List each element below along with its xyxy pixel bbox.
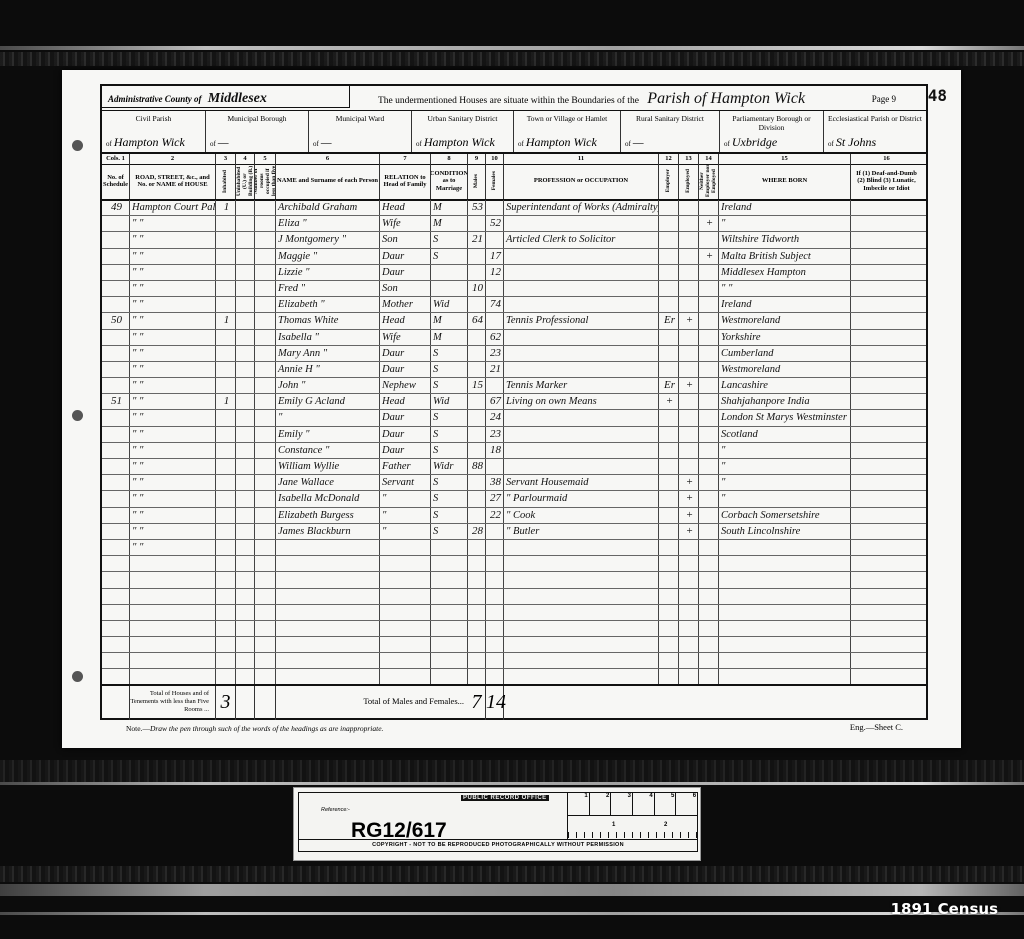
cell-address: [130, 669, 216, 684]
cell-rooms: [255, 508, 276, 523]
table-row: " "Mary Ann "DaurS23Cumberland: [102, 346, 926, 362]
administrative-county-label: Administrative County of: [108, 94, 202, 104]
cell-where-born: Yorkshire: [719, 330, 851, 345]
header-uninhabited: Uninhabited (U.) or Building (B.): [236, 163, 255, 199]
cell-female-age: [486, 540, 504, 555]
cell-rooms: [255, 589, 276, 604]
cell-inhabited: [216, 621, 236, 636]
cell-employer: [659, 556, 679, 571]
cell-where-born: South Lincolnshire: [719, 524, 851, 539]
cell-where-born: Scotland: [719, 427, 851, 442]
scale-mark: 1: [568, 793, 590, 815]
header-females: Females: [486, 163, 504, 199]
cell-address: " ": [130, 394, 216, 409]
cell-infirmity: [851, 589, 922, 604]
cell-inhabited: [216, 265, 236, 280]
cell-infirmity: [851, 410, 922, 425]
reference-card-frame: PUBLIC RECORD OFFICE Reference:- RG12/61…: [298, 792, 698, 852]
cell-employed: [679, 232, 699, 247]
cell-employed: [679, 297, 699, 312]
census-sheet: 48 Administrative County of Middlesex Th…: [62, 70, 961, 748]
cell-uninhabited: [236, 443, 255, 458]
cell-relation: [380, 556, 431, 571]
cell-relation: [380, 653, 431, 668]
cell-name: John ": [276, 378, 380, 393]
census-caption: 1891 Census: [891, 900, 998, 918]
cell-male-age: 64: [468, 313, 486, 328]
cell-schedule: [102, 524, 130, 539]
punch-hole: [72, 140, 83, 151]
cell-employed: [679, 605, 699, 620]
cell-male-age: [468, 621, 486, 636]
cell-occupation: [504, 330, 659, 345]
cell-name: Thomas White: [276, 313, 380, 328]
district-value: Uxbridge: [732, 135, 777, 149]
houses-total-label: Total of Houses and of Tenements with le…: [130, 686, 216, 720]
cell-female-age: [486, 605, 504, 620]
cell-address: " ": [130, 540, 216, 555]
cell-uninhabited: [236, 589, 255, 604]
totals-spacer: [504, 686, 922, 720]
cell-rooms: [255, 572, 276, 587]
cell-infirmity: [851, 200, 922, 215]
cell-female-age: [486, 281, 504, 296]
cell-rooms: [255, 313, 276, 328]
header-females-label: Females: [491, 171, 497, 190]
cell-condition: [431, 265, 468, 280]
header-rooms-label: Number of rooms occupied if less than fi…: [255, 164, 276, 198]
cell-male-age: [468, 556, 486, 571]
cell-neither: [699, 410, 719, 425]
table-row: " "William WyllieFatherWidr88": [102, 459, 926, 475]
cell-schedule: [102, 362, 130, 377]
district-label: Civil Parish: [136, 114, 172, 123]
cell-uninhabited: [236, 265, 255, 280]
header-rooms: Number of rooms occupied if less than fi…: [255, 163, 276, 199]
cell-rooms: [255, 378, 276, 393]
table-row: [102, 589, 926, 605]
form-note: Note.—Draw the pen through such of the w…: [126, 724, 383, 733]
cell-name: [276, 589, 380, 604]
cell-uninhabited: [236, 346, 255, 361]
cell-relation: Wife: [380, 216, 431, 231]
cell-where-born: [719, 669, 851, 684]
film-streak-top: [0, 46, 1024, 50]
table-row: " "Isabella McDonald"S27" Parlourmaid+": [102, 491, 926, 507]
cell-employed: +: [679, 491, 699, 506]
cell-schedule: 51: [102, 394, 130, 409]
district-value: Hampton Wick: [424, 135, 495, 149]
cell-address: " ": [130, 427, 216, 442]
cell-where-born: ": [719, 459, 851, 474]
cell-neither: [699, 281, 719, 296]
punch-hole: [72, 671, 83, 682]
district-label: Municipal Ward: [336, 114, 385, 123]
cell-male-age: [468, 330, 486, 345]
cell-uninhabited: [236, 621, 255, 636]
cell-infirmity: [851, 281, 922, 296]
column-headers: No. of Schedule ROAD, STREET, &c., and N…: [102, 163, 926, 201]
cell-employed: [679, 556, 699, 571]
cell-schedule: [102, 669, 130, 684]
cell-infirmity: [851, 669, 922, 684]
cell-schedule: [102, 232, 130, 247]
scale-mark: 4: [633, 793, 655, 815]
cell-condition: [431, 589, 468, 604]
cell-uninhabited: [236, 313, 255, 328]
cell-where-born: Malta British Subject: [719, 249, 851, 264]
district-row: Civil ParishofHampton Wick Municipal Bor…: [102, 110, 926, 153]
cell-male-age: [468, 653, 486, 668]
cell-schedule: [102, 443, 130, 458]
cell-relation: Daur: [380, 346, 431, 361]
cell-infirmity: [851, 653, 922, 668]
cell-uninhabited: [236, 508, 255, 523]
cell-employer: [659, 346, 679, 361]
header-employed-label: Employed: [685, 169, 691, 193]
administrative-county-value: Middlesex: [208, 91, 267, 106]
table-row: " "John "NephewS15Tennis MarkerEr+Lancas…: [102, 378, 926, 394]
table-row: " "Lizzie "Daur12Middlesex Hampton: [102, 265, 926, 281]
cell-infirmity: [851, 378, 922, 393]
cell-infirmity: [851, 637, 922, 652]
of-prefix: of: [724, 140, 730, 148]
cell-condition: S: [431, 378, 468, 393]
cell-employer: Er: [659, 378, 679, 393]
cell-rooms: [255, 637, 276, 652]
cell-male-age: [468, 508, 486, 523]
cell-uninhabited: [236, 637, 255, 652]
cell-address: [130, 621, 216, 636]
cell-condition: M: [431, 330, 468, 345]
cell-schedule: [102, 249, 130, 264]
cell-occupation: [504, 265, 659, 280]
cell-name: James Blackburn: [276, 524, 380, 539]
public-record-office-label: PUBLIC RECORD OFFICE: [461, 795, 549, 801]
cell-occupation: [504, 637, 659, 652]
totals-spacer: [102, 686, 130, 720]
cell-employed: +: [679, 475, 699, 490]
cell-rooms: [255, 669, 276, 684]
table-row: " ""DaurS24London St Marys Westminster: [102, 410, 926, 426]
cell-infirmity: [851, 232, 922, 247]
cell-condition: [431, 621, 468, 636]
cell-inhabited: [216, 524, 236, 539]
cell-uninhabited: [236, 378, 255, 393]
cell-neither: [699, 394, 719, 409]
of-prefix: of: [313, 140, 319, 148]
cell-uninhabited: [236, 362, 255, 377]
cell-male-age: 15: [468, 378, 486, 393]
cell-condition: [431, 281, 468, 296]
cell-occupation: [504, 621, 659, 636]
cell-occupation: [504, 281, 659, 296]
header-inhabited: Inhabited: [216, 163, 236, 199]
header-neither-label: Neither Employer nor Employed: [699, 164, 717, 198]
cell-schedule: [102, 475, 130, 490]
cell-male-age: [468, 475, 486, 490]
cell-male-age: [468, 540, 486, 555]
cell-inhabited: [216, 653, 236, 668]
cell-address: Hampton Court Palace: [130, 200, 216, 215]
cell-male-age: 53: [468, 200, 486, 215]
cell-occupation: [504, 362, 659, 377]
cell-neither: [699, 621, 719, 636]
cell-name: [276, 556, 380, 571]
cell-employer: [659, 216, 679, 231]
cell-female-age: [486, 589, 504, 604]
cell-address: " ": [130, 281, 216, 296]
district-value: Hampton Wick: [526, 135, 597, 149]
cell-employed: [679, 589, 699, 604]
cell-rooms: [255, 621, 276, 636]
cell-female-age: 17: [486, 249, 504, 264]
cell-rooms: [255, 410, 276, 425]
cell-employed: [679, 443, 699, 458]
cell-neither: [699, 265, 719, 280]
cell-condition: Widr: [431, 459, 468, 474]
cell-female-age: [486, 556, 504, 571]
cell-where-born: Middlesex Hampton: [719, 265, 851, 280]
cell-neither: [699, 232, 719, 247]
cell-employed: [679, 265, 699, 280]
cell-employer: [659, 637, 679, 652]
cell-occupation: [504, 443, 659, 458]
cell-employed: [679, 637, 699, 652]
cell-occupation: [504, 605, 659, 620]
table-row: " "Isabella "WifeM62Yorkshire: [102, 330, 926, 346]
cell-rooms: [255, 249, 276, 264]
header-employer: Employer: [659, 163, 679, 199]
cell-female-age: [486, 378, 504, 393]
cell-neither: [699, 378, 719, 393]
header-address: ROAD, STREET, &c., and No. or NAME of HO…: [130, 163, 216, 199]
cell-male-age: [468, 589, 486, 604]
punch-hole: [72, 410, 83, 421]
cell-condition: S: [431, 491, 468, 506]
cell-relation: Daur: [380, 443, 431, 458]
cell-rooms: [255, 394, 276, 409]
cell-inhabited: [216, 378, 236, 393]
cell-condition: [431, 605, 468, 620]
of-prefix: of: [416, 140, 422, 148]
cell-employed: [679, 200, 699, 215]
cell-relation: [380, 637, 431, 652]
cell-employer: [659, 249, 679, 264]
cell-uninhabited: [236, 669, 255, 684]
cell-infirmity: [851, 572, 922, 587]
folio-number: 48: [928, 86, 947, 105]
header-occupation: PROFESSION or OCCUPATION: [504, 163, 659, 199]
cell-neither: [699, 589, 719, 604]
cell-inhabited: [216, 410, 236, 425]
table-row: 50" "1Thomas WhiteHeadM64Tennis Professi…: [102, 313, 926, 329]
cell-name: Mary Ann ": [276, 346, 380, 361]
boundary-text: The undermentioned Houses are situate wi…: [378, 96, 639, 106]
cell-female-age: 74: [486, 297, 504, 312]
cell-employed: [679, 669, 699, 684]
cell-where-born: Ireland: [719, 200, 851, 215]
cell-occupation: " Parlourmaid: [504, 491, 659, 506]
cell-infirmity: [851, 556, 922, 571]
cell-employed: +: [679, 524, 699, 539]
cell-condition: S: [431, 508, 468, 523]
cell-male-age: [468, 249, 486, 264]
district-value: —: [218, 135, 229, 149]
header-employer-label: Employer: [665, 169, 671, 192]
scale-ticks: 1 2: [568, 816, 697, 838]
cell-male-age: [468, 637, 486, 652]
cell-relation: [380, 669, 431, 684]
cell-uninhabited: [236, 556, 255, 571]
table-row: " "Maggie "DaurS17+Malta British Subject: [102, 249, 926, 265]
cell-uninhabited: [236, 653, 255, 668]
cell-inhabited: [216, 669, 236, 684]
cell-neither: +: [699, 249, 719, 264]
cell-condition: S: [431, 524, 468, 539]
cell-neither: [699, 556, 719, 571]
cell-infirmity: [851, 313, 922, 328]
cell-infirmity: [851, 508, 922, 523]
cell-name: Elizabeth Burgess: [276, 508, 380, 523]
totals-spacer: [236, 686, 255, 720]
cell-address: " ": [130, 362, 216, 377]
cell-female-age: 52: [486, 216, 504, 231]
cell-address: " ": [130, 330, 216, 345]
district-value: St Johns: [836, 135, 876, 149]
cell-male-age: [468, 669, 486, 684]
boundary-value: Parish of Hampton Wick: [647, 90, 805, 107]
cell-uninhabited: [236, 572, 255, 587]
cell-uninhabited: [236, 216, 255, 231]
scale-ruler: 1 2 3 4 5 6 1 2: [567, 793, 697, 839]
cell-infirmity: [851, 362, 922, 377]
cell-employer: [659, 297, 679, 312]
cell-infirmity: [851, 524, 922, 539]
cell-neither: [699, 297, 719, 312]
cell-female-age: 67: [486, 394, 504, 409]
cell-employer: [659, 589, 679, 604]
cell-relation: Son: [380, 232, 431, 247]
cell-address: [130, 605, 216, 620]
cell-uninhabited: [236, 200, 255, 215]
cell-male-age: [468, 265, 486, 280]
cell-employed: [679, 362, 699, 377]
cell-relation: ": [380, 524, 431, 539]
cell-inhabited: [216, 232, 236, 247]
cell-condition: [431, 669, 468, 684]
cell-relation: Father: [380, 459, 431, 474]
cell-where-born: [719, 605, 851, 620]
cell-rooms: [255, 297, 276, 312]
cell-uninhabited: [236, 249, 255, 264]
cell-employed: [679, 459, 699, 474]
reference-card: PUBLIC RECORD OFFICE Reference:- RG12/61…: [293, 787, 701, 861]
cell-employer: [659, 572, 679, 587]
cell-inhabited: [216, 443, 236, 458]
cell-neither: [699, 313, 719, 328]
cell-schedule: [102, 589, 130, 604]
cell-neither: +: [699, 216, 719, 231]
cell-employer: [659, 605, 679, 620]
cell-rooms: [255, 346, 276, 361]
cell-rooms: [255, 330, 276, 345]
cell-condition: S: [431, 346, 468, 361]
cell-relation: Son: [380, 281, 431, 296]
cell-inhabited: [216, 346, 236, 361]
cell-inhabited: [216, 637, 236, 652]
cell-employer: [659, 427, 679, 442]
of-prefix: of: [625, 140, 631, 148]
cell-neither: [699, 427, 719, 442]
cell-condition: S: [431, 249, 468, 264]
cell-inhabited: [216, 491, 236, 506]
houses-total-value: 3: [216, 686, 236, 720]
cell-address: " ": [130, 313, 216, 328]
cell-male-age: [468, 410, 486, 425]
cell-occupation: " Butler: [504, 524, 659, 539]
administrative-county: Administrative County of Middlesex: [102, 86, 350, 108]
district-value: —: [321, 135, 332, 149]
scale-mark: 2: [590, 793, 612, 815]
cell-where-born: ": [719, 216, 851, 231]
cell-address: " ": [130, 443, 216, 458]
cell-name: Jane Wallace: [276, 475, 380, 490]
cell-relation: Daur: [380, 265, 431, 280]
boundary-statement: The undermentioned Houses are situate wi…: [378, 90, 805, 108]
cell-female-age: [486, 232, 504, 247]
table-row: " "J Montgomery "SonS21Articled Clerk to…: [102, 232, 926, 248]
cell-neither: [699, 637, 719, 652]
cell-neither: [699, 540, 719, 555]
cell-employed: [679, 653, 699, 668]
cell-neither: [699, 330, 719, 345]
cell-employed: [679, 540, 699, 555]
cell-inhabited: [216, 330, 236, 345]
table-row: " "Emily "DaurS23Scotland: [102, 427, 926, 443]
cell-employed: [679, 281, 699, 296]
film-noise-top: [0, 52, 1024, 66]
cell-address: [130, 653, 216, 668]
film-streak-bottom-2: [0, 884, 1024, 896]
district-rural-sanitary: Rural Sanitary Districtof—: [621, 111, 720, 153]
of-prefix: of: [518, 140, 524, 148]
cell-inhabited: [216, 297, 236, 312]
cell-where-born: Westmoreland: [719, 313, 851, 328]
cell-condition: M: [431, 313, 468, 328]
cell-rooms: [255, 362, 276, 377]
cell-neither: [699, 669, 719, 684]
copyright-notice: COPYRIGHT - NOT TO BE REPRODUCED PHOTOGR…: [299, 839, 697, 851]
cell-inhabited: 1: [216, 313, 236, 328]
cell-condition: S: [431, 443, 468, 458]
cell-rooms: [255, 443, 276, 458]
cell-schedule: [102, 346, 130, 361]
cell-address: [130, 589, 216, 604]
cell-where-born: Corbach Somersetshire: [719, 508, 851, 523]
cell-relation: Daur: [380, 249, 431, 264]
cell-neither: [699, 605, 719, 620]
cell-employed: +: [679, 508, 699, 523]
film-streak-bottom-1: [0, 782, 1024, 785]
cell-where-born: Wiltshire Tidworth: [719, 232, 851, 247]
cell-name: Emily G Acland: [276, 394, 380, 409]
cell-address: " ": [130, 346, 216, 361]
cell-relation: Daur: [380, 410, 431, 425]
cell-rooms: [255, 605, 276, 620]
cell-name: Fred ": [276, 281, 380, 296]
reference-label: Reference:-: [321, 807, 350, 813]
